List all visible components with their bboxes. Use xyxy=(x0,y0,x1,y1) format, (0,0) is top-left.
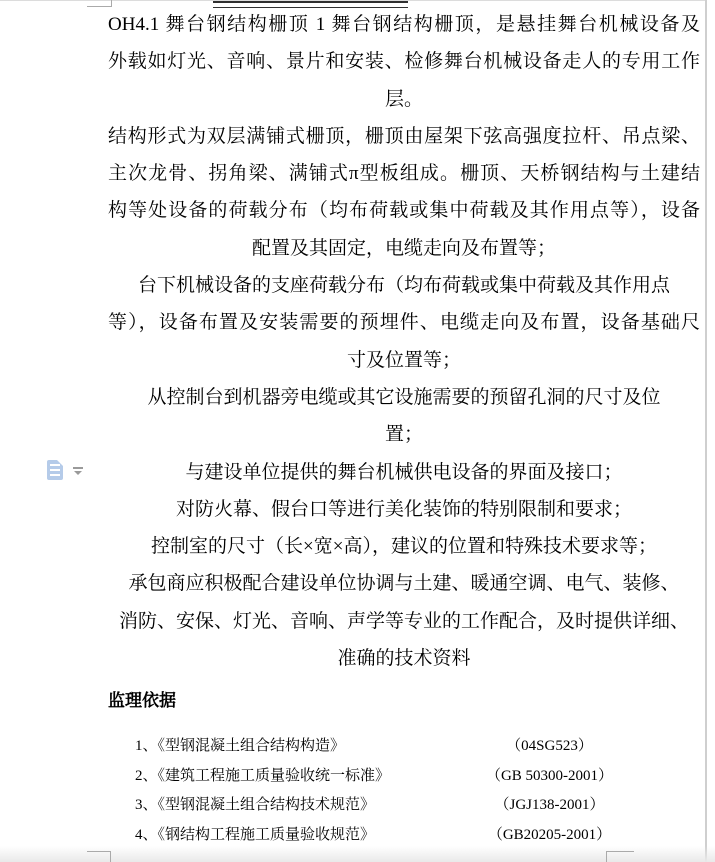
body-line: 结构形式为双层满铺式栅顶，栅顶由屋架下弦高强度拉杆、吊点梁、 xyxy=(108,118,700,155)
body-line: 从控制台到机器旁电缆或其它设施需要的预留孔洞的尺寸及位 xyxy=(108,379,700,416)
body-line: 消防、安保、灯光、音响、声学等专业的工作配合，及时提供详细、 xyxy=(108,603,700,640)
body-line: OH4.1 舞台钢结构栅顶 1 舞台钢结构栅顶，是悬挂舞台机械设备及 xyxy=(108,6,700,43)
caret-triangle xyxy=(74,471,82,475)
reference-code: （GB20205-2001） xyxy=(467,823,632,844)
body-line: 与建设单位提供的舞台机械供电设备的界面及接口； xyxy=(108,454,700,491)
reference-item: 2、《建筑工程施工质量验收统一标准》 （GB 50300-2001） xyxy=(135,760,632,790)
body-line: 准确的技术资料 xyxy=(108,640,700,677)
document-body: OH4.1 舞台钢结构栅顶 1 舞台钢结构栅顶，是悬挂舞台机械设备及 外载如灯光… xyxy=(108,6,700,677)
reference-code: （04SG523） xyxy=(467,734,632,755)
reference-title: 3、《型钢混凝土组合结构技术规范》 xyxy=(135,793,467,814)
reference-title: 1、《型钢混凝土组合结构构造》 xyxy=(135,734,467,755)
body-line: 配置及其固定，电缆走向及布置等； xyxy=(108,230,700,267)
text-boundary-mark-bottom-right xyxy=(606,851,634,862)
body-line: 置； xyxy=(108,416,700,453)
reference-item: 4、《钢结构工程施工质量验收规范》 （GB20205-2001） xyxy=(135,819,632,849)
reference-index: 3、 xyxy=(135,797,158,813)
reference-index: 2、 xyxy=(135,768,158,784)
paste-options-button[interactable] xyxy=(45,458,87,484)
reference-code: （GB 50300-2001） xyxy=(467,764,632,785)
text-boundary-mark-bottom-left xyxy=(87,851,111,862)
reference-title: 2、《建筑工程施工质量验收统一标准》 xyxy=(135,764,467,785)
body-line: 寸及位置等； xyxy=(108,342,700,379)
word-document-page: OH4.1 舞台钢结构栅顶 1 舞台钢结构栅顶，是悬挂舞台机械设备及 外载如灯光… xyxy=(0,0,715,862)
document-icon xyxy=(47,460,63,480)
reference-index: 1、 xyxy=(135,738,158,754)
reference-title: 4、《钢结构工程施工质量验收规范》 xyxy=(135,823,467,844)
dropdown-caret-icon[interactable] xyxy=(73,467,83,476)
body-line: 主次龙骨、拐角梁、满铺式π型板组成。栅顶、天桥钢结构与土建结 xyxy=(108,155,700,192)
body-line: 外载如灯光、音响、景片和安装、检修舞台机械设备走人的专用工作 xyxy=(108,43,700,80)
body-line: 层。 xyxy=(108,81,700,118)
body-line: 对防火幕、假台口等进行美化装饰的特别限制和要求； xyxy=(108,491,700,528)
reference-name: 《型钢混凝土组合结构技术规范》 xyxy=(158,797,376,813)
reference-item: 1、《型钢混凝土组合结构构造》 （04SG523） xyxy=(135,730,632,760)
reference-name: 《型钢混凝土组合结构构造》 xyxy=(158,738,346,754)
reference-name: 《钢结构工程施工质量验收规范》 xyxy=(158,827,376,843)
caret-bar xyxy=(73,467,83,469)
page-right-border xyxy=(705,0,707,862)
body-line: 承包商应积极配合建设单位协调与土建、暖通空调、电气、装修、 xyxy=(108,565,700,602)
body-line: 构等处设备的荷载分布（均布荷载或集中荷载及其作用点等），设备 xyxy=(108,192,700,229)
references-list: 1、《型钢混凝土组合结构构造》 （04SG523） 2、《建筑工程施工质量验收统… xyxy=(135,730,632,848)
reference-code: （JGJ138-2001） xyxy=(467,793,632,814)
body-line: 控制室的尺寸（长×宽×高），建议的位置和特殊技术要求等； xyxy=(108,528,700,565)
section-heading: 监理依据 xyxy=(108,691,176,711)
reference-index: 4、 xyxy=(135,827,158,843)
document-text-lines xyxy=(50,464,60,477)
reference-item: 3、《型钢混凝土组合结构技术规范》 （JGJ138-2001） xyxy=(135,789,632,819)
body-line: 台下机械设备的支座荷载分布（均布荷载或集中荷载及其作用点 xyxy=(108,267,700,304)
body-line: 等），设备布置及安装需要的预埋件、电缆走向及布置，设备基础尺 xyxy=(108,304,700,341)
reference-name: 《建筑工程施工质量验收统一标准》 xyxy=(158,768,391,784)
